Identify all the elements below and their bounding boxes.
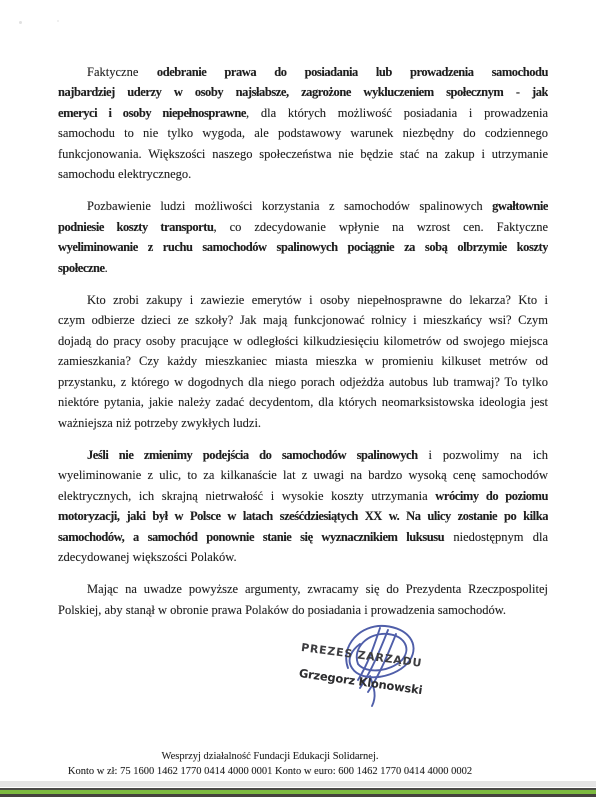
stamp-title: PREZES ZARZĄDU (300, 641, 423, 670)
text-line: przystanku, z którego w dogodnych dla ni… (58, 372, 548, 392)
text-line: wyeliminowanie z ulic, to za kilkanaście… (58, 465, 548, 485)
scan-speck (57, 20, 59, 22)
text-line: elektrycznych, ich skrajną nietrwałość i… (58, 486, 548, 506)
footer-support-line: Wesprzyj działalność Fundacji Edukacji S… (0, 749, 540, 764)
paragraph: Jeśli nie zmienimy podejścia do samochod… (58, 445, 548, 567)
bold-text-run: motoryzacji, jaki był w Polsce w latach … (58, 509, 548, 523)
bold-text-run: wrócimy do poziomu (435, 489, 548, 503)
text-line: dojadą do pracy osoby pracujące w odległ… (58, 331, 548, 351)
text-line: czym odbierze dzieci ze szkoły? Jak mają… (58, 310, 548, 330)
bold-text-run: odebranie prawa do posiadania lub prowad… (157, 65, 548, 79)
text-line: samochodów, a samochód ponownie stanie s… (58, 527, 548, 547)
text-run: Kto zrobi zakupy i zawiezie emerytów i o… (87, 293, 548, 307)
green-bar-bottom (0, 794, 596, 797)
text-line: niektóre pytania, jakie należy zadać dec… (58, 392, 548, 412)
text-line: Mając na uwadze powyższe argumenty, zwra… (58, 579, 548, 599)
bold-text-run: społeczne (58, 261, 105, 275)
text-run: niektóre pytania, jakie należy zadać dec… (58, 395, 548, 409)
text-line: samochodu elektrycznego. (58, 164, 548, 184)
bold-text-run: wyeliminowanie z ruchu samochodów spalin… (58, 240, 548, 254)
text-line: społeczne. (58, 258, 548, 278)
scanned-letter-page: Faktyczne odebranie prawa do posiadania … (0, 0, 596, 797)
paragraph: Mając na uwadze powyższe argumenty, zwra… (58, 579, 548, 620)
text-run: , dla których możliwość posiadania i pro… (246, 106, 548, 120)
text-run: , co zdecydowanie wpłynie na wzrost cen.… (214, 220, 549, 234)
footer: Wesprzyj działalność Fundacji Edukacji S… (0, 749, 540, 779)
text-line: Kto zrobi zakupy i zawiezie emerytów i o… (58, 290, 548, 310)
text-run: samochodu elektrycznego. (58, 167, 191, 181)
text-run: i pozwolimy na ich (418, 448, 548, 462)
text-run: ważniejsza niż potrzeby zwykłych ludzi. (58, 416, 261, 430)
bold-text-run: emeryci i osoby niepełnosprawne (58, 106, 246, 120)
text-line: podniesie koszty transportu, co zdecydow… (58, 217, 548, 237)
text-run: Mając na uwadze powyższe argumenty, zwra… (87, 582, 548, 596)
text-line: Polskiej, aby stanął w obronie prawa Pol… (58, 600, 548, 620)
text-line: motoryzacji, jaki był w Polsce w latach … (58, 506, 548, 526)
text-line: zamieszkania? Czy każdy mieszkaniec mias… (58, 351, 548, 371)
footer-gray-band (0, 781, 596, 787)
text-run: Polskiej, aby stanął w obronie prawa Pol… (58, 603, 506, 617)
text-run: samochodu to nie tylko wygoda, ale podst… (58, 126, 548, 140)
paragraph: Faktyczne odebranie prawa do posiadania … (58, 62, 548, 184)
text-run: wyeliminowanie z ulic, to za kilkanaście… (58, 468, 548, 482)
text-line: ważniejsza niż potrzeby zwykłych ludzi. (58, 413, 548, 433)
letter-body: Faktyczne odebranie prawa do posiadania … (58, 62, 548, 632)
bold-text-run: gwałtownie (492, 199, 548, 213)
text-line: wyeliminowanie z ruchu samochodów spalin… (58, 237, 548, 257)
text-line: Jeśli nie zmienimy podejścia do samochod… (58, 445, 548, 465)
text-line: najbardziej uderzy w osoby najsłabsze, z… (58, 82, 548, 102)
text-run: . (105, 261, 108, 275)
text-line: Pozbawienie ludzi możliwości korzystania… (58, 196, 548, 216)
bold-text-run: samochodów, a samochód ponownie stanie s… (58, 530, 444, 544)
footer-bank-accounts: Konto w zł: 75 1600 1462 1770 0414 4000 … (0, 764, 540, 779)
text-line: zdecydowanej większości Polaków. (58, 547, 548, 567)
text-run: zdecydowanej większości Polaków. (58, 550, 237, 564)
paragraph: Pozbawienie ludzi możliwości korzystania… (58, 196, 548, 278)
text-run: dojadą do pracy osoby pracujące w odległ… (58, 334, 548, 348)
text-run: zamieszkania? Czy każdy mieszkaniec mias… (58, 354, 548, 368)
footer-green-bar (0, 788, 596, 797)
stamp-signatory-name: Grzegorz Klonowski (298, 666, 423, 697)
bold-text-run: podniesie koszty transportu (58, 220, 214, 234)
scan-speck (19, 21, 22, 24)
bold-text-run: najbardziej uderzy w osoby najsłabsze, z… (58, 85, 548, 99)
paragraph: Kto zrobi zakupy i zawiezie emerytów i o… (58, 290, 548, 433)
text-run: czym odbierze dzieci ze szkoły? Jak mają… (58, 313, 548, 327)
text-run: elektrycznych, ich skrajną nietrwałość i… (58, 489, 435, 503)
text-run: niedostępnym dla (444, 530, 548, 544)
bold-text-run: Jeśli nie zmienimy podejścia do samochod… (87, 448, 418, 462)
text-run: przystanku, z którego w dogodnych dla ni… (58, 375, 548, 389)
text-run: funkcjonowania. Większości naszego społe… (58, 147, 548, 161)
text-line: samochodu to nie tylko wygoda, ale podst… (58, 123, 548, 143)
text-line: Faktyczne odebranie prawa do posiadania … (58, 62, 548, 82)
text-run: Pozbawienie ludzi możliwości korzystania… (87, 199, 492, 213)
text-run: Faktyczne (87, 65, 157, 79)
text-line: funkcjonowania. Większości naszego społe… (58, 144, 548, 164)
text-line: emeryci i osoby niepełnosprawne, dla któ… (58, 103, 548, 123)
